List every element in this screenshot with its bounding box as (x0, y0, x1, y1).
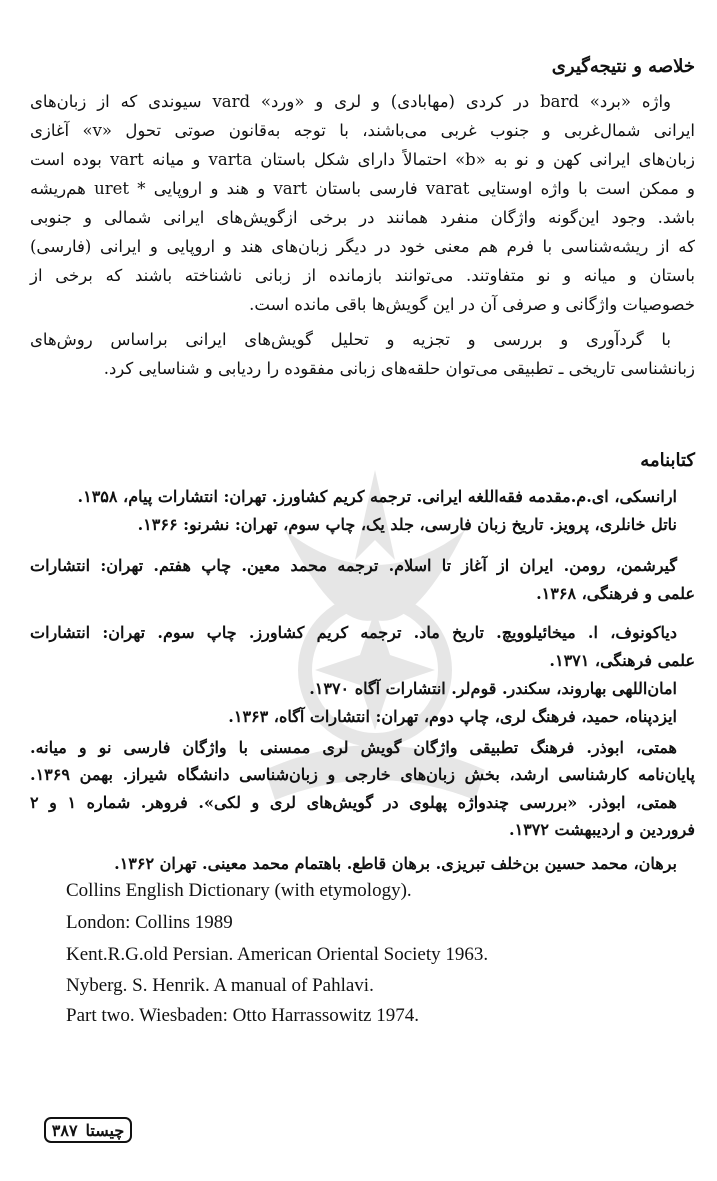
bibliography-entry: برهان، محمد حسین بن‌خلف تبریزی. برهان قا… (30, 851, 677, 877)
conclusion-heading: خلاصه و نتیجه‌گیری (552, 56, 695, 77)
bibliography-entry: ارانسکی، ای.م.مقدمه فقه‌اللغه ایرانی. تر… (30, 484, 677, 510)
bibliography-entry: همتی، ابوذر. «بررسی چندواژه پهلوی در گوی… (30, 790, 677, 816)
bibliography-entry: گیرشمن، رومن. ایران از آغاز تا اسلام. تر… (30, 553, 677, 579)
document-page: خلاصه و نتیجه‌گیری واژه «برد» bard در کر… (0, 0, 717, 1181)
bibliography-entry-english: Kent.R.G.old Persian. American Oriental … (66, 942, 488, 968)
bibliography-entry-continuation: فروردین و اردیبهشت ۱۳۷۲. (30, 817, 695, 843)
bibliography-entry: همتی، ابوذر. فرهنگ تطبیقی واژگان گویش لر… (30, 735, 677, 761)
paragraph-line: ایرانی شمال‌غربی و جنوب غربی می‌باشند، ب… (30, 117, 695, 145)
bibliography-entry-english: London: Collins 1989 (66, 910, 233, 936)
page-number-badge: چیستا ۳۸۷ (44, 1117, 132, 1143)
paragraph-line: باشد. وجود این‌گونه واژگان منفرد همانند … (30, 204, 695, 232)
paragraph-line: زبانشناسی تاریخی ـ تطبیقی می‌توان حلقه‌ه… (30, 355, 695, 383)
paragraph-line: با گردآوری و بررسی و تجزیه و تحلیل گویش‌… (30, 326, 671, 354)
bibliography-entry-continuation: علمی و فرهنگی، ۱۳۶۸. (30, 581, 695, 607)
bibliography-entry: دیاکونوف، ا. میخائیلوویچ. تاریخ ماد. ترج… (30, 620, 677, 646)
bibliography-entry-continuation: پایان‌نامه کارشناسی ارشد، بخش زبان‌های خ… (30, 762, 695, 788)
bibliography-entry-english: Part two. Wiesbaden: Otto Harrassowitz 1… (66, 1003, 419, 1029)
bibliography-heading: کتابنامه (640, 450, 695, 471)
paragraph-line: باستان و میانه و نو متفاوتند. می‌توانند … (30, 262, 695, 290)
paragraph-line: که از ریشه‌شناسی با فرم هم معنی خود در د… (30, 233, 695, 261)
bibliography-entry-english: Collins English Dictionary (with etymolo… (66, 878, 412, 904)
paragraph-line: خصوصیات واژگانی و صرفی آن در این گویش‌ها… (200, 291, 695, 319)
journal-name: چیستا (86, 1121, 125, 1140)
paragraph-line: زبان‌های ایرانی کهن و نو به «b» احتمالاً… (30, 146, 695, 174)
page-number: ۳۸۷ (52, 1121, 78, 1140)
bibliography-entry-english: Nyberg. S. Henrik. A manual of Pahlavi. (66, 973, 374, 999)
paragraph-line: واژه «برد» bard در کردی (مهابادی) و لری … (30, 88, 671, 116)
paragraph-line: و ممکن است با واژه اوستایی varat فارسی ب… (30, 175, 695, 203)
bibliography-entry: ایزدپناه، حمید، فرهنگ لری، چاپ دوم، تهرا… (30, 704, 677, 730)
bibliography-entry: ناتل خانلری، پرویز. تاریخ زبان فارسی، جل… (30, 512, 677, 538)
bibliography-entry-continuation: علمی فرهنگی، ۱۳۷۱. (30, 648, 695, 674)
bibliography-entry: امان‌اللهی بهاروند، سکندر. قوم‌لر. انتشا… (30, 676, 677, 702)
